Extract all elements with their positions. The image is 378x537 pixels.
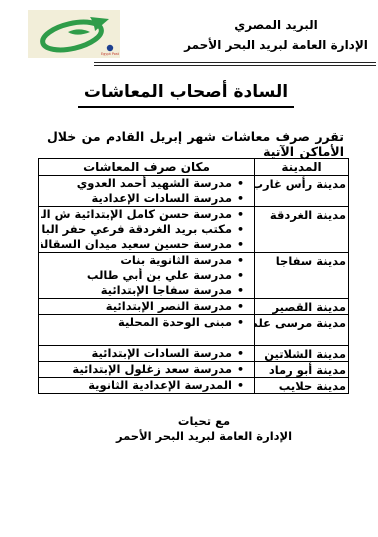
locations-cell: •مدرسة الثانوية بنات•مدرسة علي بن أبي طا… [39,253,255,299]
pension-table-container: المدينة مكان صرف المعاشات مدينة رأس غارب… [38,158,349,394]
location-item: •مدرسة النصر الإبتدائية [41,299,244,314]
table-row: مدينة الغردقة•مدرسة حسن كامل الإبتدائية … [39,207,349,253]
intro-text: تقرر صرف معاشات شهر إبريل القادم من خلال… [10,129,344,159]
location-text: مدرسة سعد زغلول الإبتدائية [72,362,232,376]
column-header-location: مكان صرف المعاشات [39,159,255,176]
locations-cell: •مدرسة الشهيد أحمد العدوي•مدرسة السادات … [39,176,255,207]
location-item: •مدرسة حسن كامل الإبتدائية ش النصر [41,207,244,222]
location-text: مدرسة الشهيد أحمد العدوي [77,176,232,190]
bullet-icon: • [237,362,244,377]
location-text: مدرسة حسن كامل الإبتدائية ش النصر [41,207,232,221]
table-row: مدينة أبو رماد•مدرسة سعد زغلول الإبتدائي… [39,362,349,378]
bullet-icon: • [237,191,244,206]
location-text: مدرسة سفاجا الإبتدائية [101,283,232,297]
location-item: •مدرسة السادات الإعدادية [41,191,244,206]
table-body: مدينة رأس غارب•مدرسة الشهيد أحمد العدوي•… [39,176,349,394]
location-item: •مدرسة الثانوية بنات [41,253,244,268]
bullet-icon: • [237,315,244,330]
location-text: مكتب بريد الغردقة فرعي حفر الباطن [41,222,232,236]
location-text: مبنى الوحدة المحلية [118,315,232,329]
city-cell: مدينة أبو رماد [255,362,349,378]
locations-cell: •مدرسة السادات الإبتدائية [39,346,255,362]
table-row: مدينة الشلاتين•مدرسة السادات الإبتدائية [39,346,349,362]
location-item: •مدرسة الشهيد أحمد العدوي [41,176,244,191]
location-item: •مدرسة سفاجا الإبتدائية [41,283,244,298]
bullet-icon: • [237,237,244,252]
closing-salutation: مع تحيات [30,414,378,429]
table-row: مدينة حلايب•المدرسة الإعدادية الثانوية [39,378,349,394]
page-title: السادة أصحاب المعاشات [78,82,294,108]
header-divider [94,62,376,66]
table-header-row: المدينة مكان صرف المعاشات [39,159,349,176]
location-item: •مدرسة السادات الإبتدائية [41,346,244,361]
bullet-icon: • [237,378,244,393]
document-page: Egypt Post البريد المصري الإدارة العامة … [0,0,378,537]
table-row: مدينة القصير•مدرسة النصر الإبتدائية [39,299,349,315]
globe-icon [107,45,113,51]
egypt-post-logo-graphic: Egypt Post [28,10,120,58]
city-cell: مدينة الغردقة [255,207,349,253]
location-text: مدرسة علي بن أبي طالب [87,268,232,282]
location-item: •مكتب بريد الغردقة فرعي حفر الباطن [41,222,244,237]
location-text: مدرسة الثانوية بنات [120,253,232,267]
org-name: البريد المصري [178,15,374,35]
locations-cell: •المدرسة الإعدادية الثانوية [39,378,255,394]
location-item: •مدرسة علي بن أبي طالب [41,268,244,283]
egypt-post-logo: Egypt Post [28,10,120,58]
bullet-icon: • [237,222,244,237]
city-cell: مدينة مرسى علم [255,315,349,346]
location-text: مدرسة السادات الإعدادية [91,191,232,205]
bullet-icon: • [237,253,244,268]
table-row: مدينة مرسى علم•مبنى الوحدة المحلية [39,315,349,346]
table-row: مدينة رأس غارب•مدرسة الشهيد أحمد العدوي•… [39,176,349,207]
logo-caption: Egypt Post [101,52,120,56]
location-text: مدرسة النصر الإبتدائية [106,299,232,313]
org-header: البريد المصري الإدارة العامة لبريد البحر… [178,15,374,55]
locations-cell: •مبنى الوحدة المحلية [39,315,255,346]
locations-cell: •مدرسة حسن كامل الإبتدائية ش النصر•مكتب … [39,207,255,253]
column-header-city: المدينة [255,159,349,176]
bullet-icon: • [237,283,244,298]
city-cell: مدينة حلايب [255,378,349,394]
city-cell: مدينة رأس غارب [255,176,349,207]
bullet-icon: • [237,176,244,191]
locations-cell: •مدرسة النصر الإبتدائية [39,299,255,315]
pension-locations-table: المدينة مكان صرف المعاشات مدينة رأس غارب… [38,158,349,394]
city-cell: مدينة الشلاتين [255,346,349,362]
city-cell: مدينة القصير [255,299,349,315]
location-text: المدرسة الإعدادية الثانوية [88,378,232,392]
location-item: •مبنى الوحدة المحلية [41,315,244,330]
table-row: مدينة سفاجا•مدرسة الثانوية بنات•مدرسة عل… [39,253,349,299]
locations-cell: •مدرسة سعد زغلول الإبتدائية [39,362,255,378]
location-item: •مدرسة سعد زغلول الإبتدائية [41,362,244,377]
closing-block: مع تحيات الإدارة العامة لبريد البحر الأح… [30,414,378,444]
bullet-icon: • [237,346,244,361]
bullet-icon: • [237,299,244,314]
location-item: •مدرسة حسين سعيد ميدان السقالة [41,237,244,252]
org-department: الإدارة العامة لبريد البحر الأحمر [178,35,374,55]
title-row: السادة أصحاب المعاشات [0,82,372,108]
bullet-icon: • [237,207,244,222]
location-item: •المدرسة الإعدادية الثانوية [41,378,244,393]
bullet-icon: • [237,268,244,283]
city-cell: مدينة سفاجا [255,253,349,299]
location-text: مدرسة السادات الإبتدائية [92,346,232,360]
spacer [41,330,244,345]
closing-signature: الإدارة العامة لبريد البحر الأحمر [30,429,378,444]
location-text: مدرسة حسين سعيد ميدان السقالة [41,237,232,251]
